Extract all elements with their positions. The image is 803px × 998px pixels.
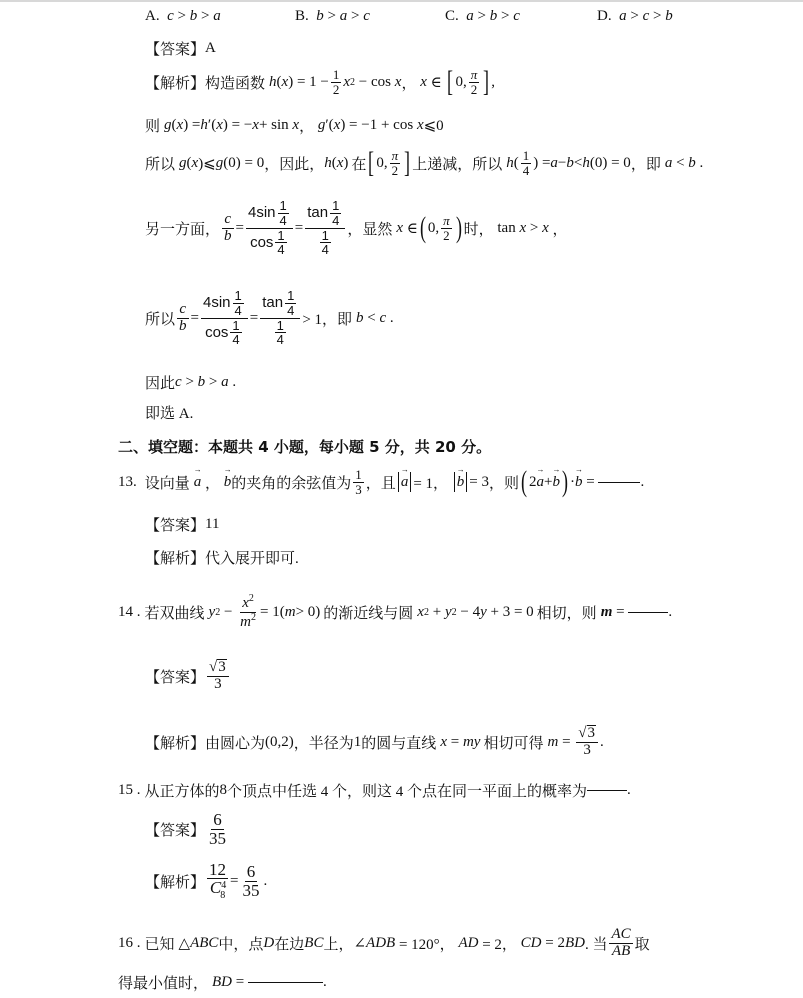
q12-option-c: C. a > b > c bbox=[445, 8, 520, 25]
answer-tag: 【答案】 bbox=[145, 514, 205, 535]
q12-analysis-line7: 即选 A. bbox=[145, 402, 193, 423]
q12-analysis-line4: 另一方面， cb = 4sin14cos14 = tan1414 ，显然 x ∈… bbox=[145, 194, 568, 262]
analysis-text: 即选 A. bbox=[145, 402, 193, 423]
question-text: 相切，则 bbox=[537, 602, 597, 623]
q14-analysis: 【解析】 由圆心为 (0,2) ，半径为 1 的圆与直线 x = my 相切可得… bbox=[145, 720, 604, 764]
analysis-tag: 【解析】 bbox=[145, 732, 205, 753]
q16-question-cont: 得最小值时， BD = . bbox=[118, 972, 327, 993]
center-value: (0,2) bbox=[265, 734, 294, 751]
analysis-text: 上递减，所以 bbox=[412, 153, 502, 174]
analysis-text: 在 bbox=[351, 153, 366, 174]
question-text: ，且 bbox=[366, 472, 396, 493]
analysis-text: 因此 bbox=[145, 372, 175, 393]
question-text: ，则 bbox=[489, 472, 519, 493]
q13-answer: 【答案】 11 bbox=[145, 514, 219, 535]
analysis-text: > 1，即 bbox=[302, 308, 352, 329]
q12-analysis-line3: 所以 g(x)⩽g(0) = 0 ，因此， h(x) 在 [0,π2] 上递减，… bbox=[145, 144, 703, 182]
analysis-tag: 【解析】 bbox=[145, 871, 205, 892]
q15-answer: 【答案】 635 bbox=[145, 808, 230, 850]
question-text: 上， bbox=[323, 933, 353, 954]
section-heading: 二、填空题：本题共 4 小题，每小题 5 分，共 20 分。 bbox=[118, 436, 491, 457]
answer-blank[interactable] bbox=[628, 612, 668, 613]
q15-analysis: 【解析】 12C48 = 635. bbox=[145, 860, 267, 902]
question-text: 从正方体的 bbox=[145, 780, 220, 801]
analysis-text: 构造函数 bbox=[205, 72, 265, 93]
answer-tag: 【答案】 bbox=[145, 819, 205, 840]
analysis-text: 所以 bbox=[145, 308, 175, 329]
question-text: 在边 bbox=[274, 933, 304, 954]
answer-blank[interactable] bbox=[587, 790, 627, 791]
analysis-text: 由圆心为 bbox=[205, 732, 265, 753]
q15-question: 15 . 从正方体的 8 个顶点中任选 4 个，则这 4 个点在同一平面上的概率… bbox=[118, 780, 631, 801]
question-text: 中，点 bbox=[218, 933, 263, 954]
analysis-text: 另一方面， bbox=[145, 218, 220, 239]
question-text: . 当 bbox=[585, 933, 608, 954]
q12-analysis-line2: 则 g(x) = h′(x) = −x + sin x， g′(x) = −1 … bbox=[145, 115, 444, 136]
analysis-text: 则 bbox=[145, 115, 160, 136]
question-text: 若双曲线 bbox=[145, 602, 205, 623]
analysis-tag: 【解析】 bbox=[145, 72, 205, 93]
q12-option-a: A. c > b > a bbox=[145, 8, 221, 25]
q14-question: 14 . 若双曲线 y2 − x2m2 = 1(m > 0) 的渐近线与圆 x2… bbox=[118, 590, 672, 634]
question-text: 的夹角的余弦值为 bbox=[231, 472, 351, 493]
q16-question: 16 . 已知 △ABC 中，点 D 在边 BC 上， ∠ADB = 120°，… bbox=[118, 922, 650, 964]
analysis-text: 时， bbox=[464, 218, 494, 239]
vertex-count: 8 bbox=[220, 782, 228, 799]
radius-value: 1 bbox=[354, 734, 362, 751]
question-text: 个顶点中任选 4 个，则这 4 个点在同一平面上的概率为 bbox=[227, 780, 587, 801]
q14-answer: 【答案】 √33 bbox=[145, 654, 231, 698]
answer-value: 11 bbox=[205, 516, 219, 533]
answer-tag: 【答案】 bbox=[145, 38, 205, 59]
q12-option-d: D. a > c > b bbox=[597, 8, 673, 25]
q13-analysis: 【解析】 代入展开即可. bbox=[145, 547, 299, 568]
question-number: 16 . bbox=[118, 935, 141, 952]
question-text: 的渐近线与圆 bbox=[323, 602, 413, 623]
analysis-text: 的圆与直线 bbox=[361, 732, 436, 753]
answer-value: A bbox=[205, 40, 216, 57]
q12-analysis-line6: 因此 c > b > a . bbox=[145, 372, 236, 393]
analysis-text: ，显然 bbox=[347, 218, 392, 239]
answer-blank[interactable] bbox=[248, 982, 323, 983]
q12-answer: 【答案】 A bbox=[145, 38, 216, 59]
question-text: 得最小值时， bbox=[118, 972, 208, 993]
analysis-text: 代入展开即可. bbox=[205, 547, 299, 568]
question-text: 取 bbox=[635, 933, 650, 954]
analysis-tag: 【解析】 bbox=[145, 547, 205, 568]
analysis-text: ，半径为 bbox=[294, 732, 354, 753]
question-text: 设向量 bbox=[145, 472, 190, 493]
answer-blank[interactable] bbox=[598, 482, 640, 483]
question-number: 14 . bbox=[118, 604, 141, 621]
analysis-text: ，即 bbox=[631, 153, 661, 174]
analysis-text: ，因此， bbox=[264, 153, 324, 174]
q12-analysis-line1: 【解析】 构造函数 h(x) = 1 − 12x2 − cos x， x ∈ [… bbox=[145, 64, 495, 100]
question-text: 已知 bbox=[145, 933, 175, 954]
answer-tag: 【答案】 bbox=[145, 666, 205, 687]
question-number: 13. bbox=[118, 474, 137, 491]
analysis-text: 相切可得 bbox=[483, 732, 543, 753]
q12-analysis-line5: 所以 cb = 4sin14cos14 = tan1414 > 1，即 b < … bbox=[145, 284, 394, 352]
analysis-text: 所以 bbox=[145, 153, 175, 174]
question-number: 15 . bbox=[118, 782, 141, 799]
q12-option-b: B. b > a > c bbox=[295, 8, 370, 25]
q13-question: 13. 设向量 a ， b 的夹角的余弦值为 13 ，且 a= 1， b= 3 … bbox=[118, 464, 644, 500]
